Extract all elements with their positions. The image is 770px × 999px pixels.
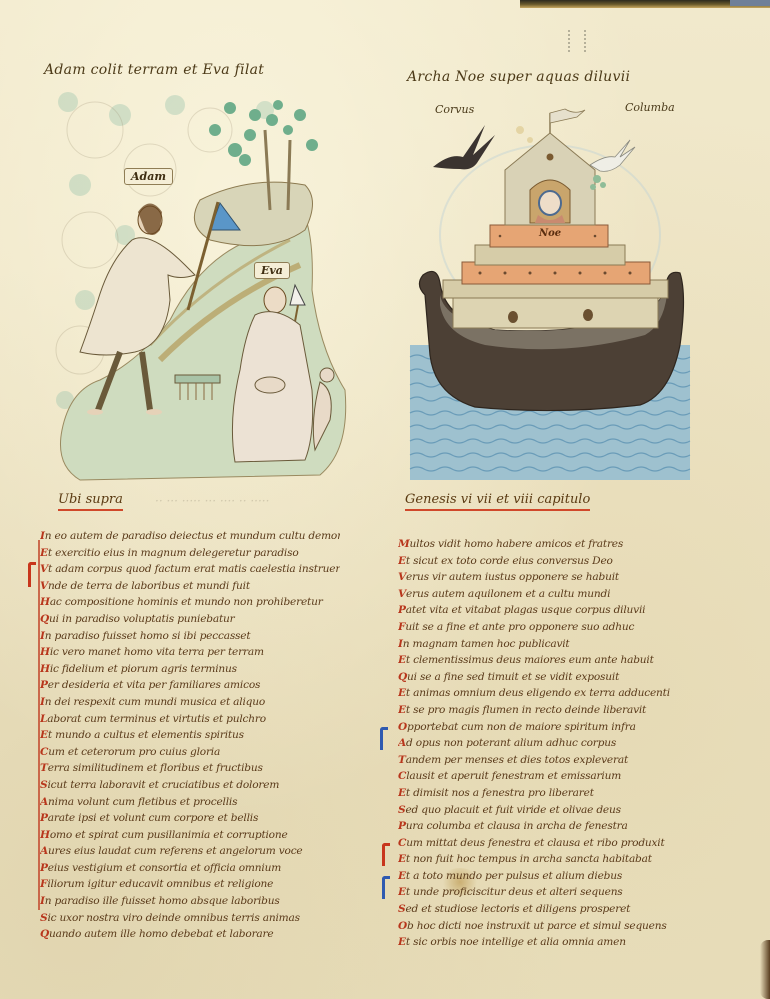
text-line: Et animas omnium deus eligendo ex terra … (398, 685, 698, 702)
text-line: Terra similitudinem et floribus et fruct… (40, 760, 340, 777)
text-line: Et exercitio eius in magnum delegeretur … (40, 545, 340, 562)
text-line: Hac compositione hominis et mundo non pr… (40, 594, 340, 611)
text-line: Et sic orbis noe intellige et alia omnia… (398, 934, 698, 951)
text-line: Et se pro magis flumen in recto deinde l… (398, 702, 698, 719)
text-line: Et unde proficiscitur deus et alteri seq… (398, 884, 698, 901)
text-line: Et dimisit nos a fenestra pro liberaret (398, 785, 698, 802)
text-line: Et sicut ex toto corde eius conversus De… (398, 553, 698, 570)
text-line: Clausit et aperuit fenestram et emissari… (398, 768, 698, 785)
left-rubric-heading: Ubi supra (58, 492, 123, 511)
noah-ark-illustration: Corvus Columba Noe (405, 95, 695, 485)
text-line: Patet vita et vitabat plagas usque corpu… (398, 602, 698, 619)
page-edge-shadow (760, 940, 770, 999)
text-line: Sed quo placuit et fuit viride et olivae… (398, 802, 698, 819)
right-rubric-heading: Genesis vi vii et viii capitulo (405, 492, 590, 511)
text-line: In paradiso ille fuisset homo absque lab… (40, 893, 340, 910)
text-line: Vnde de terra de laboribus et mundi fuit (40, 578, 340, 595)
text-line: In paradiso fuisset homo si ibi peccasse… (40, 628, 340, 645)
text-line: In magnam tamen hoc publicavit (398, 636, 698, 653)
text-line: Homo et spirat cum pusillanimia et corru… (40, 827, 340, 844)
text-line: Cum et ceterorum pro cuius gloria (40, 744, 340, 761)
text-line: In dei respexit cum mundi musica et aliq… (40, 694, 340, 711)
left-text-column: In eo autem de paradiso deiectus et mund… (40, 528, 340, 943)
text-line: Multos vidit homo habere amicos et fratr… (398, 536, 698, 553)
text-line: Et non fuit hoc tempus in archa sancta h… (398, 851, 698, 868)
text-line: In eo autem de paradiso deiectus et mund… (40, 528, 340, 545)
text-line: Et mundo a cultus et elementis spiritus (40, 727, 340, 744)
text-line: Sic uxor nostra viro deinde omnibus terr… (40, 910, 340, 927)
text-line: Parate ipsi et volunt cum corpore et bel… (40, 810, 340, 827)
right-illustration-caption: Archa Noe super aquas diluvii (407, 69, 630, 85)
noe-label: Noe (539, 228, 561, 239)
text-line: Ob hoc dicti noe instruxit ut parce et s… (398, 918, 698, 935)
paragraph-mark-red (28, 562, 36, 587)
text-line: Tandem per menses et dies totos explever… (398, 752, 698, 769)
show-through-text: ·· ··· ····· ··· ···· ·· ····· (155, 494, 269, 508)
left-illustration-caption: Adam colit terram et Eva filat (44, 62, 264, 78)
text-line: Vt adam corpus quod factum erat matis ca… (40, 561, 340, 578)
manuscript-page: Adam colit terram et Eva filat (0, 0, 770, 999)
text-line: Sed et studiose lectoris et diligens pro… (398, 901, 698, 918)
text-line: Ad opus non poterant alium adhuc corpus (398, 735, 698, 752)
text-line: Pura columba et clausa in archa de fenes… (398, 818, 698, 835)
text-line: Et a toto mundo per pulsus et alium dieb… (398, 868, 698, 885)
dove-label: Columba (625, 101, 675, 114)
text-line: Cum mittat deus fenestra et clausa et ri… (398, 835, 698, 852)
text-line: Verus vir autem iustus opponere se habui… (398, 569, 698, 586)
eva-label-scroll: Eva (254, 262, 290, 279)
adam-eva-illustration: Adam Eva (50, 90, 350, 485)
folio-number-mark (568, 30, 586, 52)
text-line: Fuit se a fine et ante pro opponere suo … (398, 619, 698, 636)
right-text-column: Multos vidit homo habere amicos et fratr… (398, 536, 698, 951)
text-line: Qui se a fine sed timuit et se vidit exp… (398, 669, 698, 686)
raven-label: Corvus (435, 103, 474, 116)
background-strip (730, 0, 770, 6)
text-line: Per desideria et vita per familiares ami… (40, 677, 340, 694)
adam-label-scroll: Adam (124, 168, 173, 185)
text-line: Sicut terra laboravit et cruciatibus et … (40, 777, 340, 794)
text-line: Et clementissimus deus maiores eum ante … (398, 652, 698, 669)
text-line: Anima volunt cum fletibus et procellis (40, 794, 340, 811)
paragraph-mark-red (382, 843, 390, 866)
text-line: Hic vero manet homo vita terra per terra… (40, 644, 340, 661)
text-line: Peius vestigium et consortia et officia … (40, 860, 340, 877)
text-line: Aures eius laudat cum referens et angelo… (40, 843, 340, 860)
text-line: Hic fidelium et piorum agris terminus (40, 661, 340, 678)
paragraph-mark-blue (382, 876, 390, 899)
text-line: Qui in paradiso voluptatis puniebatur (40, 611, 340, 628)
text-line: Laborat cum terminus et virtutis et pulc… (40, 711, 340, 728)
text-line: Opportebat cum non de maiore spiritum in… (398, 719, 698, 736)
text-line: Verus autem aquilonem et a cultu mundi (398, 586, 698, 603)
text-line: Filiorum igitur educavit omnibus et reli… (40, 876, 340, 893)
paragraph-mark-blue (380, 727, 388, 750)
text-line: Quando autem ille homo debebat et labora… (40, 926, 340, 943)
